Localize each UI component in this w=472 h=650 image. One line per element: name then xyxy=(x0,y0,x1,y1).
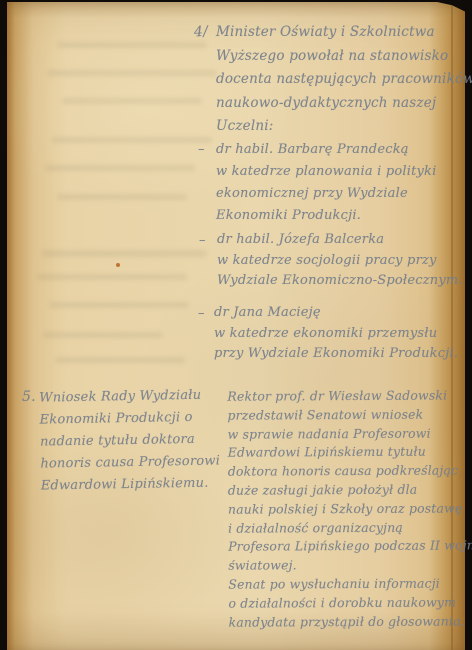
bleed-through-mark xyxy=(49,302,189,308)
handwritten-line: duże zasługi jakie położył dla xyxy=(228,480,472,500)
handwritten-line: dr Jana Macieję xyxy=(214,303,458,324)
handwritten-line: Rektor prof. dr Wiesław Sadowski xyxy=(227,386,472,406)
handwritten-line: Wniosek Rady Wydziału xyxy=(39,384,219,409)
bleed-through-mark xyxy=(45,165,195,171)
handwritten-line: Edwardowi Lipińskiemu. xyxy=(41,472,221,497)
rust-speck xyxy=(116,263,120,267)
handwritten-line: o działalności i dorobku naukowym xyxy=(228,593,472,613)
handwritten-line: w sprawie nadania Profesorowi xyxy=(228,424,472,444)
handwritten-line: docenta następujących pracowników xyxy=(216,68,472,92)
handwritten-line: przy Wydziale Ekonomiki Produkcji. xyxy=(214,344,458,365)
appointment-entry: dr Jana Macieję w katedrze ekonomiki prz… xyxy=(214,303,458,365)
dash-mark: – xyxy=(199,233,206,248)
handwritten-line: dr habil. Józefa Balcerka xyxy=(217,230,463,251)
appointment-entry: dr habil. Józefa Balcerka w katedrze soc… xyxy=(217,230,463,292)
dash-mark: – xyxy=(198,306,205,321)
bleed-through-mark xyxy=(42,250,207,257)
item5-resolution-paragraph: Rektor prof. dr Wiesław Sadowski przedst… xyxy=(227,386,472,632)
handwritten-line: kandydata przystąpił do głosowania. xyxy=(229,612,472,632)
handwritten-line: Profesora Lipińskiego podczas II wojny xyxy=(228,537,472,557)
bleed-through-mark xyxy=(37,274,187,280)
dash-mark: – xyxy=(198,142,205,157)
handwritten-line: Senat po wysłuchaniu informacji xyxy=(228,574,472,594)
bleed-through-mark xyxy=(55,357,185,363)
handwritten-line: w katedrze socjologii pracy przy xyxy=(217,251,463,272)
handwritten-line: dr habil. Barbarę Prandecką xyxy=(216,139,437,161)
bleed-through-mark xyxy=(52,137,212,143)
handwritten-line: ekonomicznej przy Wydziale xyxy=(216,183,437,205)
handwritten-line: w katedrze ekonomiki przemysłu xyxy=(214,324,458,345)
handwritten-line: Wydziale Ekonomiczno-Społecznym. xyxy=(217,271,463,292)
item5-number: 5. xyxy=(22,389,36,405)
handwritten-line: Ekonomiki Produkcji o xyxy=(39,406,219,431)
bleed-through-mark xyxy=(57,42,207,48)
handwritten-line: doktora honoris causa podkreślając xyxy=(228,462,472,482)
bleed-through-mark xyxy=(47,70,217,76)
handwritten-line: Wyższego powołał na stanowisko xyxy=(216,45,472,69)
item5-margin-note: Wniosek Rady Wydziału Ekonomiki Produkcj… xyxy=(39,384,221,497)
item4-number: 4/ xyxy=(193,24,208,41)
handwritten-line: Ekonomiki Produkcji. xyxy=(216,205,437,227)
handwritten-line: nadanie tytułu doktora xyxy=(40,428,220,453)
handwritten-line: i działalność organizacyjną xyxy=(228,518,472,538)
handwritten-line: naukowo-dydaktycznych naszej xyxy=(216,92,472,116)
handwritten-line: nauki polskiej i Szkoły oraz postawę xyxy=(228,499,472,519)
handwritten-line: Uczelni: xyxy=(216,115,472,139)
appointment-entry: dr habil. Barbarę Prandecką w katedrze p… xyxy=(216,139,437,227)
handwritten-line: w katedrze planowania i polityki xyxy=(216,161,437,183)
bleed-through-mark xyxy=(62,98,202,104)
handwritten-line: honoris causa Profesorowi xyxy=(40,450,220,475)
handwritten-line: Edwardowi Lipińskiemu tytułu xyxy=(228,443,472,463)
handwritten-line: światowej. xyxy=(228,556,472,576)
handwritten-line: przedstawił Senatowi wniosek xyxy=(227,405,472,425)
handwritten-line: Minister Oświaty i Szkolnictwa xyxy=(216,21,472,45)
item4-paragraph: Minister Oświaty i Szkolnictwa Wyższego … xyxy=(216,21,472,139)
bleed-through-mark xyxy=(43,332,163,338)
bleed-through-mark xyxy=(57,194,187,200)
